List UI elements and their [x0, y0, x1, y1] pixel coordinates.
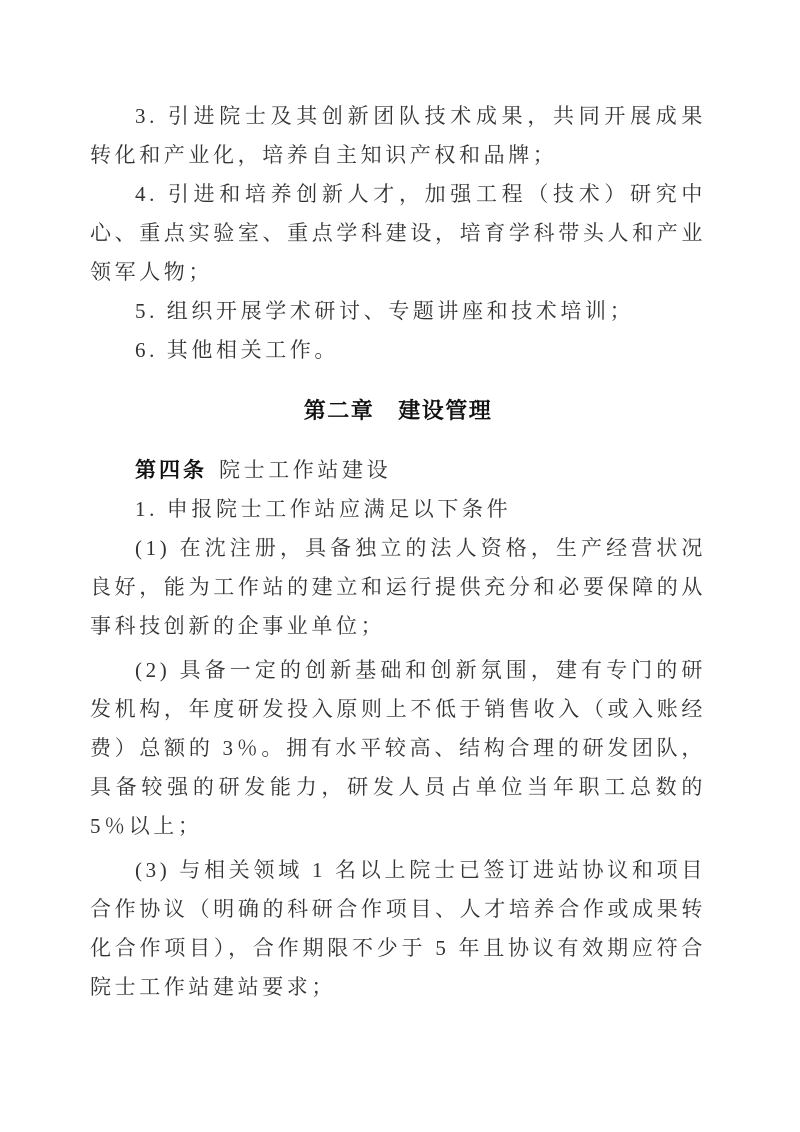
condition-item-2: (2) 具备一定的创新基础和创新氛围，建有专门的研发机构，年度研发投入原则上不低… — [90, 651, 706, 846]
duty-list-item-3: 3. 引进院士及其创新团队技术成果，共同开展成果转化和产业化，培养自主知识产权和… — [90, 97, 706, 175]
duty-list-item-5: 5. 组织开展学术研讨、专题讲座和技术培训； — [90, 292, 706, 331]
application-conditions-intro: 1. 申报院士工作站应满足以下条件 — [90, 490, 706, 529]
chapter-number: 第二章 — [304, 398, 375, 423]
condition-item-3: (3) 与相关领域 1 名以上院士已签订进站协议和项目合作协议（明确的科研合作项… — [90, 851, 706, 1007]
chapter-heading: 第二章建设管理 — [90, 391, 706, 430]
chapter-title: 建设管理 — [398, 398, 492, 423]
document-body: 3. 引进院士及其创新团队技术成果，共同开展成果转化和产业化，培养自主知识产权和… — [90, 97, 706, 1007]
document-page: 3. 引进院士及其创新团队技术成果，共同开展成果转化和产业化，培养自主知识产权和… — [0, 0, 800, 1132]
duty-list-item-6: 6. 其他相关工作。 — [90, 331, 706, 370]
article-heading: 第四条院士工作站建设 — [90, 451, 706, 490]
condition-item-1: (1) 在沈注册，具备独立的法人资格，生产经营状况良好，能为工作站的建立和运行提… — [90, 529, 706, 646]
duty-list-item-4: 4. 引进和培养创新人才，加强工程（技术）研究中心、重点实验室、重点学科建设，培… — [90, 175, 706, 292]
article-title: 院士工作站建设 — [219, 458, 391, 482]
article-number: 第四条 — [135, 459, 207, 482]
